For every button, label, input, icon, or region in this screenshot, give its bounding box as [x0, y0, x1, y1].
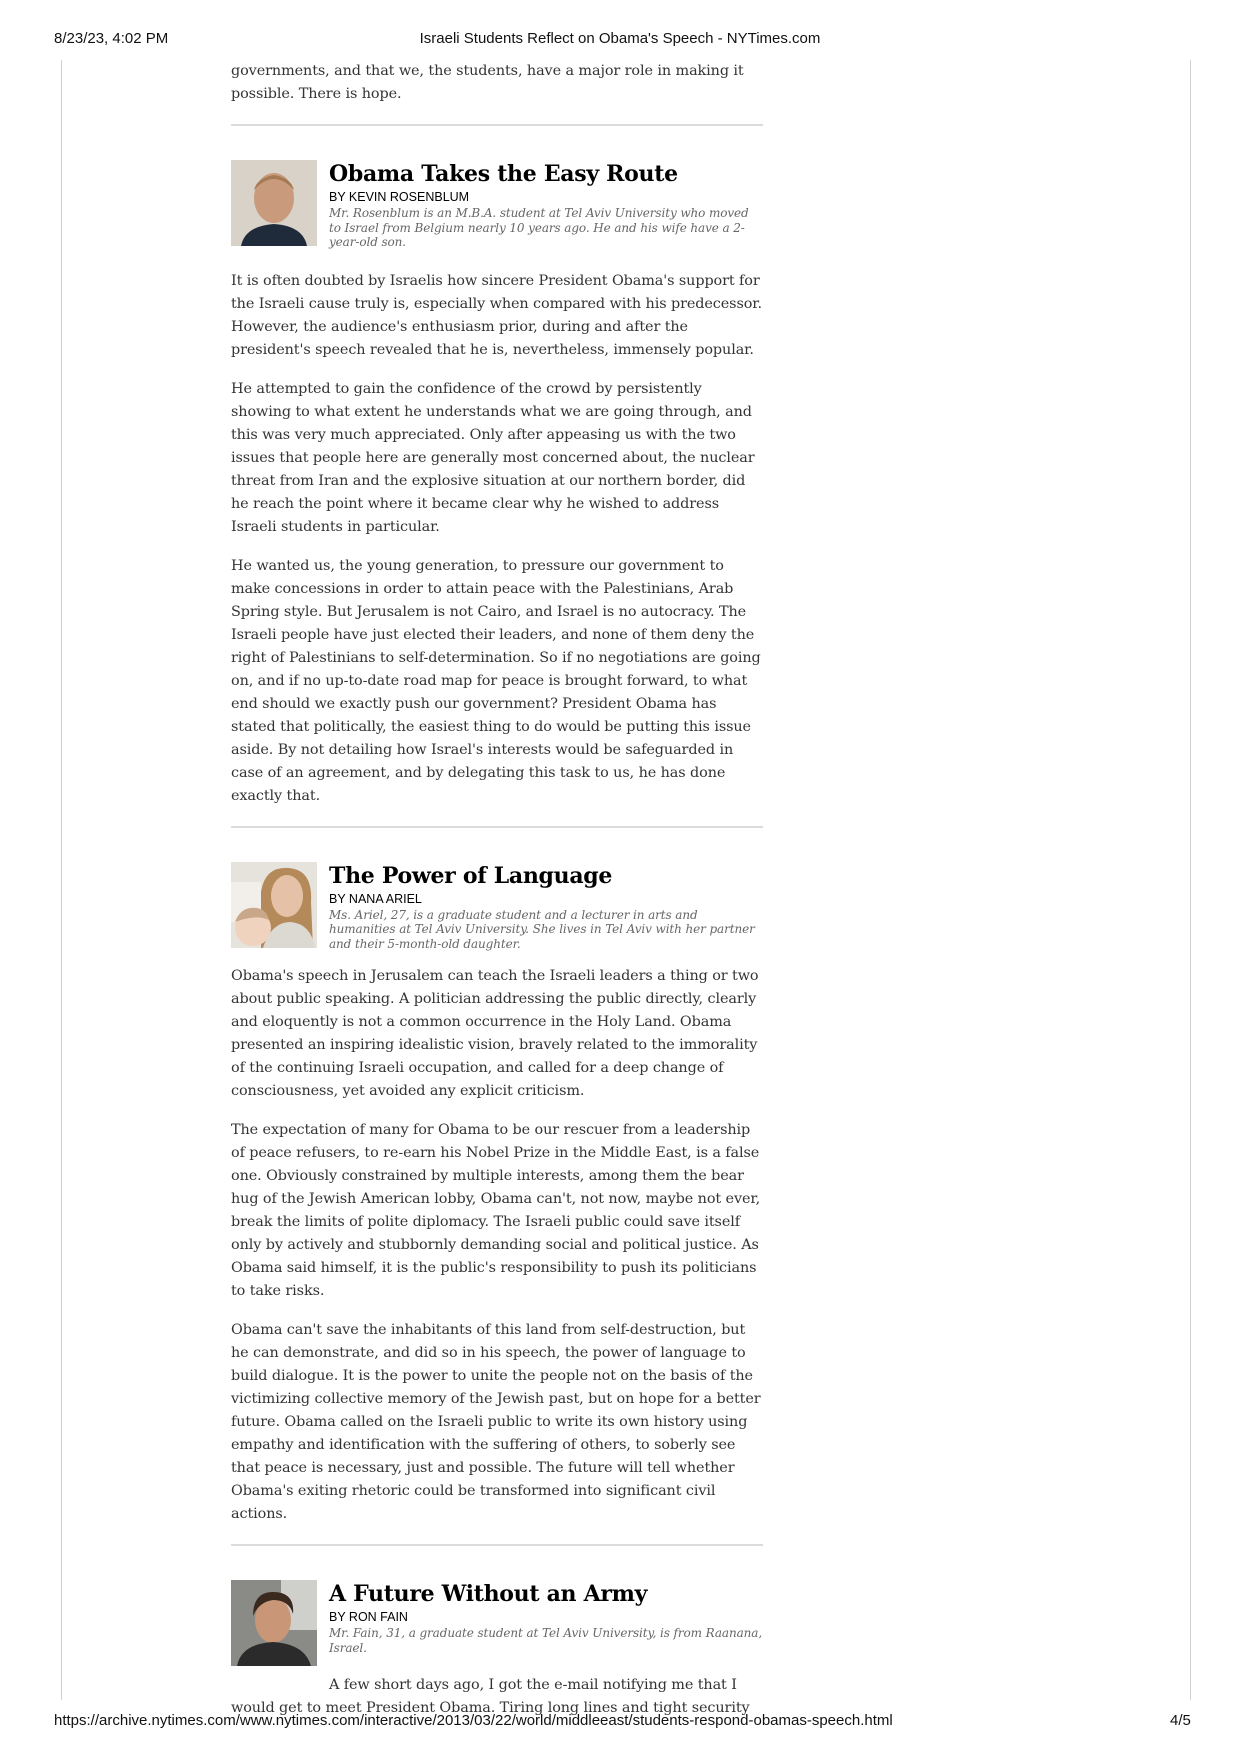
essay-paragraph: He attempted to gain the confidence of t… [231, 378, 763, 539]
continuation-paragraph: governments, and that we, the students, … [231, 60, 763, 106]
essay-header-text: A Future Without an Army BY RON FAIN Mr.… [329, 1580, 763, 1655]
essay-header: Obama Takes the Easy Route BY KEVIN ROSE… [231, 160, 763, 250]
essay-header-text: The Power of Language BY NANA ARIEL Ms. … [329, 862, 763, 952]
author-bio: Ms. Ariel, 27, is a graduate student and… [329, 908, 763, 952]
print-url: https://archive.nytimes.com/www.nytimes.… [54, 1712, 893, 1729]
essay-paragraph: The expectation of many for Obama to be … [231, 1119, 763, 1303]
essay-header-text: Obama Takes the Easy Route BY KEVIN ROSE… [329, 160, 763, 250]
page-border-left [61, 60, 62, 1700]
author-bio: Mr. Fain, 31, a graduate student at Tel … [329, 1626, 763, 1655]
essay-header: The Power of Language BY NANA ARIEL Ms. … [231, 862, 763, 952]
essay-title: Obama Takes the Easy Route [329, 160, 763, 188]
essay-title: A Future Without an Army [329, 1580, 763, 1608]
author-photo [231, 160, 317, 246]
essay-paragraph: Obama can't save the inhabitants of this… [231, 1319, 763, 1526]
byline: BY KEVIN ROSENBLUM [329, 190, 763, 205]
print-header: 8/23/23, 4:02 PM Israeli Students Reflec… [0, 28, 1240, 50]
essay-divider [231, 1544, 763, 1546]
author-bio: Mr. Rosenblum is an M.B.A. student at Te… [329, 206, 763, 250]
essay-title: The Power of Language [329, 862, 763, 890]
byline: BY RON FAIN [329, 1610, 763, 1625]
portrait-icon [231, 160, 317, 246]
essay-header: A Future Without an Army BY RON FAIN Mr.… [231, 1580, 763, 1668]
essay-divider [231, 124, 763, 126]
essay-obama-easy-route: Obama Takes the Easy Route BY KEVIN ROSE… [231, 160, 763, 808]
byline: BY NANA ARIEL [329, 892, 763, 907]
essay-paragraph: Obama's speech in Jerusalem can teach th… [231, 965, 763, 1103]
essay-paragraph: It is often doubted by Israelis how sinc… [231, 270, 763, 362]
essay-paragraph: He wanted us, the young generation, to p… [231, 555, 763, 808]
portrait-icon [231, 862, 317, 948]
portrait-icon [231, 1580, 317, 1666]
author-photo [231, 1580, 317, 1666]
print-page-title: Israeli Students Reflect on Obama's Spee… [0, 30, 1240, 47]
article-column: governments, and that we, the students, … [231, 60, 763, 1736]
print-footer: https://archive.nytimes.com/www.nytimes.… [0, 1712, 1240, 1734]
essay-divider [231, 826, 763, 828]
essay-future-without-army: A Future Without an Army BY RON FAIN Mr.… [231, 1580, 763, 1720]
essay-power-of-language: The Power of Language BY NANA ARIEL Ms. … [231, 862, 763, 1527]
author-photo [231, 862, 317, 948]
print-page-number: 4/5 [1170, 1712, 1191, 1729]
page-border-right [1190, 60, 1191, 1700]
